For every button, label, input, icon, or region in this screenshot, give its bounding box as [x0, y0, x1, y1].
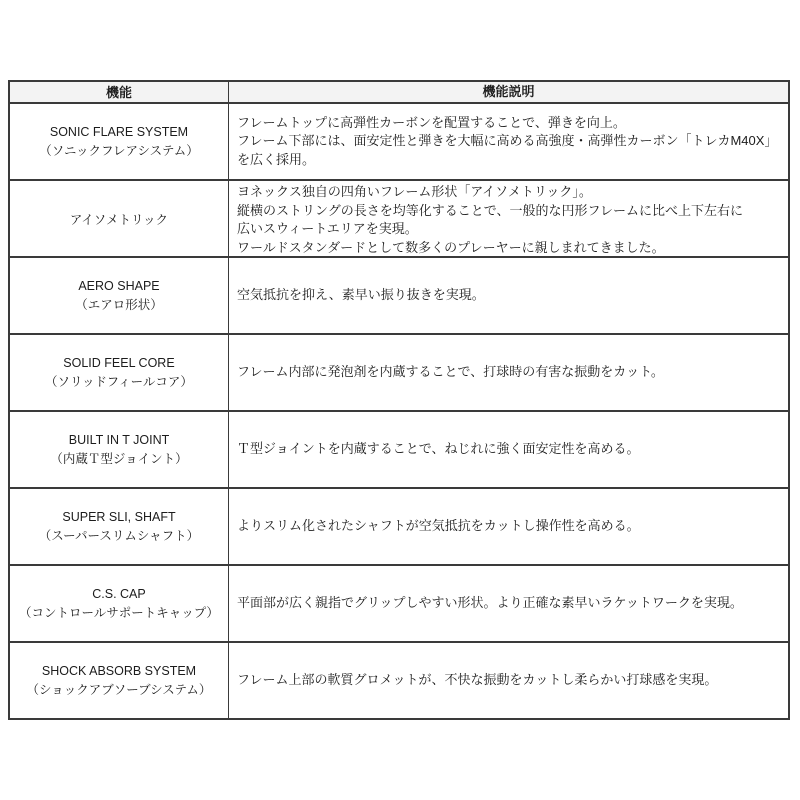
header-description: 機能説明: [229, 82, 788, 102]
feature-name-cell: C.S. CAP（コントロールサポートキャップ）: [10, 566, 229, 641]
table-row-super-slim-shaft: SUPER SLI, SHAFT（スーパースリムシャフト） よりスリム化されたシ…: [10, 487, 788, 564]
feature-name-cell: AERO SHAPE（エアロ形状）: [10, 258, 229, 333]
table-row-sonic-flare-system: SONIC FLARE SYSTEM（ソニックフレアシステム） フレームトップに…: [10, 102, 788, 179]
table-row-aero-shape: AERO SHAPE（エアロ形状） 空気抵抗を抑え、素早い振り抜きを実現。: [10, 256, 788, 333]
feature-description-cell: 平面部が広く親指でグリップしやすい形状。より正確な素早いラケットワークを実現。: [229, 566, 788, 641]
feature-description-cell: よりスリム化されたシャフトが空気抵抗をカットし操作性を高める。: [229, 489, 788, 564]
header-feature: 機能: [10, 82, 229, 102]
feature-name-cell: SHOCK ABSORB SYSTEM（ショックアブソーブシステム）: [10, 643, 229, 718]
feature-name-cell: アイソメトリック: [10, 181, 229, 259]
feature-description-cell: Ｔ型ジョイントを内蔵することで、ねじれに強く面安定性を高める。: [229, 412, 788, 487]
feature-name-text: SONIC FLARE SYSTEM（ソニックフレアシステム）: [39, 123, 199, 161]
feature-name-text: SOLID FEEL CORE（ソリッドフィールコア）: [45, 354, 193, 392]
feature-name-text: C.S. CAP（コントロールサポートキャップ）: [19, 585, 219, 623]
feature-name-text: SHOCK ABSORB SYSTEM（ショックアブソーブシステム）: [27, 662, 212, 700]
feature-description-cell: フレームトップに高弾性カーボンを配置することで、弾きを向上。フレーム下部には、面…: [229, 104, 788, 179]
table-row-shock-absorb-system: SHOCK ABSORB SYSTEM（ショックアブソーブシステム） フレーム上…: [10, 641, 788, 718]
feature-spec-table: 機能 機能説明 SONIC FLARE SYSTEM（ソニックフレアシステム） …: [8, 80, 790, 720]
feature-description-text: よりスリム化されたシャフトが空気抵抗をカットし操作性を高める。: [237, 517, 640, 536]
feature-description-text: 平面部が広く親指でグリップしやすい形状。より正確な素早いラケットワークを実現。: [237, 594, 743, 613]
feature-name-cell: SONIC FLARE SYSTEM（ソニックフレアシステム）: [10, 104, 229, 179]
feature-description-text: フレームトップに高弾性カーボンを配置することで、弾きを向上。フレーム下部には、面…: [237, 114, 780, 170]
feature-description-cell: フレーム上部の軟質グロメットが、不快な振動をカットし柔らかい打球感を実現。: [229, 643, 788, 718]
feature-description-text: 空気抵抗を抑え、素早い振り抜きを実現。: [237, 286, 485, 305]
header-description-label: 機能説明: [482, 83, 534, 102]
table-row-built-in-t-joint: BUILT IN T JOINT（内蔵Ｔ型ジョイント） Ｔ型ジョイントを内蔵する…: [10, 410, 788, 487]
feature-description-cell: ヨネックス独自の四角いフレーム形状「アイソメトリック」。縦横のストリングの長さを…: [229, 181, 788, 259]
feature-name-cell: SOLID FEEL CORE（ソリッドフィールコア）: [10, 335, 229, 410]
feature-description-cell: フレーム内部に発泡剤を内蔵することで、打球時の有害な振動をカット。: [229, 335, 788, 410]
table-row-isometric: アイソメトリック ヨネックス独自の四角いフレーム形状「アイソメトリック」。縦横の…: [10, 179, 788, 256]
feature-description-cell: 空気抵抗を抑え、素早い振り抜きを実現。: [229, 258, 788, 333]
feature-description-text: ヨネックス独自の四角いフレーム形状「アイソメトリック」。縦横のストリングの長さを…: [237, 183, 743, 257]
table-row-solid-feel-core: SOLID FEEL CORE（ソリッドフィールコア） フレーム内部に発泡剤を内…: [10, 333, 788, 410]
feature-name-text: SUPER SLI, SHAFT（スーパースリムシャフト）: [39, 508, 199, 546]
feature-description-text: Ｔ型ジョイントを内蔵することで、ねじれに強く面安定性を高める。: [237, 440, 639, 459]
feature-name-text: アイソメトリック: [70, 211, 168, 230]
feature-name-cell: BUILT IN T JOINT（内蔵Ｔ型ジョイント）: [10, 412, 229, 487]
feature-name-text: BUILT IN T JOINT（内蔵Ｔ型ジョイント）: [50, 431, 187, 469]
header-feature-label: 機能: [106, 83, 132, 102]
feature-description-text: フレーム上部の軟質グロメットが、不快な振動をカットし柔らかい打球感を実現。: [237, 671, 717, 690]
table-row-cs-cap: C.S. CAP（コントロールサポートキャップ） 平面部が広く親指でグリップしや…: [10, 564, 788, 641]
table-header-row: 機能 機能説明: [10, 82, 788, 102]
feature-name-cell: SUPER SLI, SHAFT（スーパースリムシャフト）: [10, 489, 229, 564]
feature-description-text: フレーム内部に発泡剤を内蔵することで、打球時の有害な振動をカット。: [237, 363, 664, 382]
feature-name-text: AERO SHAPE（エアロ形状）: [75, 277, 163, 315]
